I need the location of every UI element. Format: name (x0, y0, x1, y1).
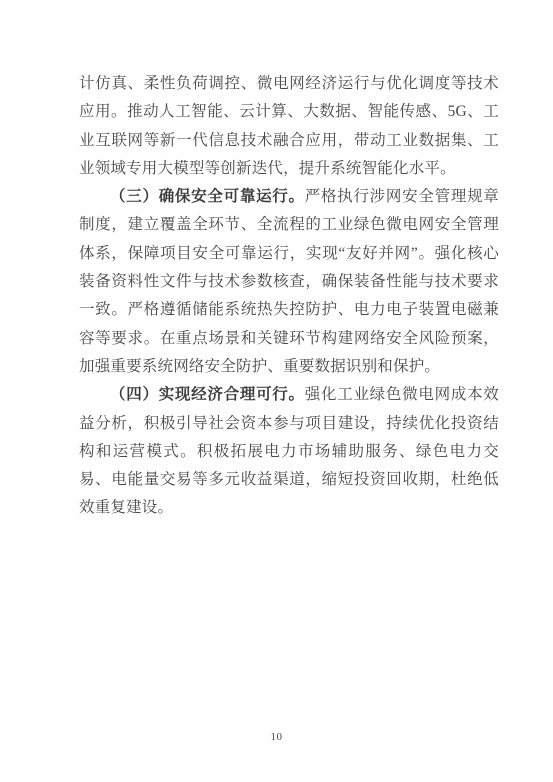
paragraph: （三）确保安全可靠运行。严格执行涉网安全管理规章制度，建立覆盖全环节、全流程的工… (79, 183, 499, 381)
paragraph-text: 计仿真、柔性负荷调控、微电网经济运行与优化调度等技术应用。推动人工智能、云计算、… (79, 75, 499, 177)
document-page: 计仿真、柔性负荷调控、微电网经济运行与优化调度等技术应用。推动人工智能、云计算、… (0, 0, 553, 782)
paragraph-lead: （四）实现经济合理可行。 (110, 386, 305, 403)
paragraph: 计仿真、柔性负荷调控、微电网经济运行与优化调度等技术应用。推动人工智能、云计算、… (79, 70, 499, 183)
page-footer: 10 (0, 727, 553, 745)
document-body: 计仿真、柔性负荷调控、微电网经济运行与优化调度等技术应用。推动人工智能、云计算、… (79, 70, 499, 523)
paragraph-text: 强化工业绿色微电网成本效益分析，积极引导社会资本参与项目建设，持续优化投资结构和… (79, 386, 499, 516)
paragraph-text: 严格执行涉网安全管理规章制度，建立覆盖全环节、全流程的工业绿色微电网安全管理体系… (79, 188, 499, 375)
paragraph-lead: （三）确保安全可靠运行。 (110, 188, 305, 205)
page-number: 10 (271, 731, 283, 743)
paragraph: （四）实现经济合理可行。强化工业绿色微电网成本效益分析，积极引导社会资本参与项目… (79, 381, 499, 522)
